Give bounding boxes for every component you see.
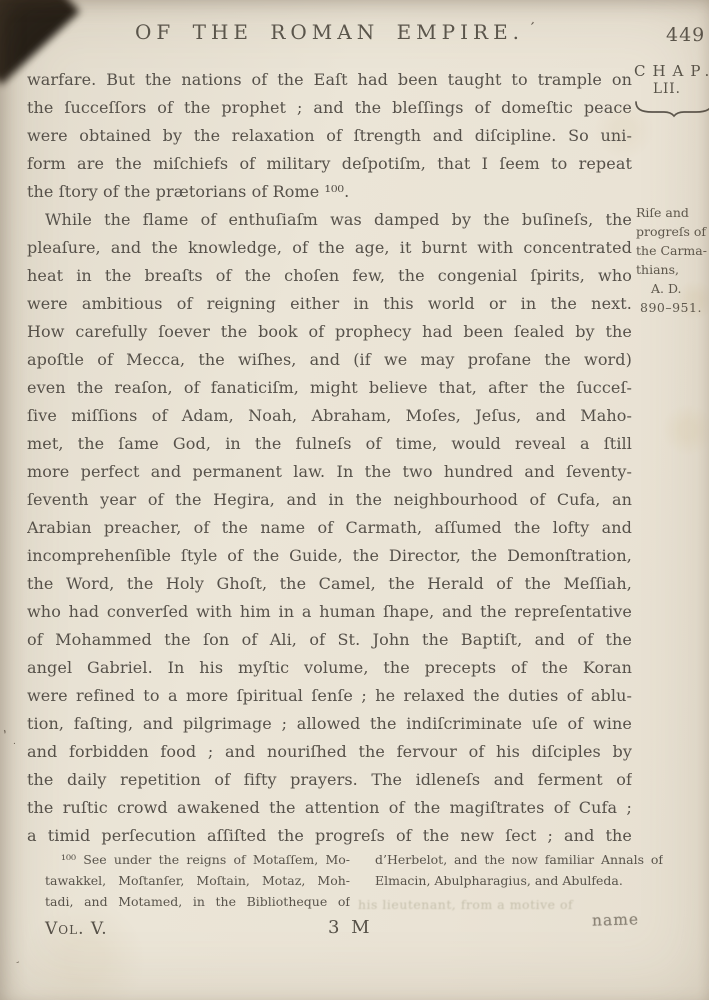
footnote-left-column: ¹⁰⁰ See under the reigns of Motaſſem, Mo…	[45, 849, 350, 912]
text-line: apoſtle of Mecca, the wiſhes, and (if we…	[27, 346, 632, 374]
text-line: ſeventh year of the Hegira, and in the n…	[27, 486, 632, 514]
text-line: d’Herbelot, and the now familiar Annals …	[375, 849, 663, 870]
text-line: A. D.	[636, 279, 709, 298]
text-line: pleaſure, and the knowledge, of the age,…	[27, 234, 632, 262]
text-line: were ambitious of reigning either in thi…	[27, 290, 632, 318]
text-line: warfare. But the nations of the Eaſt had…	[27, 66, 632, 94]
catchword: name	[592, 910, 640, 929]
running-title: OF THE ROMAN EMPIRE.	[27, 20, 632, 44]
text-line: How carefully ſoever the book of prophec…	[27, 318, 632, 346]
text-line: form are the miſchiefs of military deſpo…	[27, 150, 632, 178]
text-line: of Mohammed the ſon of Ali, of St. John …	[27, 626, 632, 654]
signature-mark: 3 M	[328, 917, 373, 938]
text-line: ſive miſſions of Adam, Noah, Abraham, Mo…	[27, 402, 632, 430]
text-line: who had converſed with him in a human ſh…	[27, 598, 632, 626]
text-line: tadi, and Motamed, in the Bibliotheque o…	[45, 891, 350, 912]
text-line: the Carma-	[636, 241, 709, 260]
text-line: the daily repetition of fifty prayers. T…	[27, 766, 632, 794]
text-line: 890–951.	[636, 298, 709, 317]
text-line: incomprehenſible ſtyle of the Guide, the…	[27, 542, 632, 570]
chapter-number: LII.	[634, 81, 709, 97]
ink-speck: ,	[15, 955, 25, 965]
chapter-brace-icon	[634, 101, 709, 117]
text-line: even the reaſon, of fanaticiſm, might be…	[27, 374, 632, 402]
text-line: thians,	[636, 260, 709, 279]
text-line: tawakkel, Moſtanſer, Moſtain, Motaz, Moh…	[45, 870, 350, 891]
body-text: warfare. But the nations of the Eaſt had…	[27, 66, 632, 850]
volume-label: Vol. V.	[45, 919, 108, 939]
book-page: OF THE ROMAN EMPIRE. 449 ’ warfare. But …	[0, 0, 709, 1000]
text-line: angel Gabriel. In his myſtic volume, the…	[27, 654, 632, 682]
footnote-right-column: d’Herbelot, and the now familiar Annals …	[375, 849, 663, 891]
text-line: were obtained by the relaxation of ſtren…	[27, 122, 632, 150]
text-line: the Word, the Holy Ghoſt, the Camel, the…	[27, 570, 632, 598]
text-line: progreſs of	[636, 222, 709, 241]
text-line: a timid perſecution aſſiſted the progreſ…	[27, 822, 632, 850]
text-line: more perfect and permanent law. In the t…	[27, 458, 632, 486]
text-line: Elmacin, Abulpharagius, and Abulfeda.	[375, 870, 663, 891]
chapter-label: CHAP.	[634, 62, 709, 80]
text-line: Arabian preacher, of the name of Carmath…	[27, 514, 632, 542]
text-line: ¹⁰⁰ See under the reigns of Motaſſem, Mo…	[45, 849, 350, 870]
text-line: the ruſtic crowd awakened the attention …	[27, 794, 632, 822]
text-line: the ſtory of the prætorians of Rome ¹⁰⁰.	[27, 178, 632, 206]
text-line: were refined to a more ſpiritual ſenſe ;…	[27, 682, 632, 710]
text-line: While the flame of enthuſiaſm was damped…	[27, 206, 632, 234]
chapter-heading: CHAP. LII.	[634, 62, 709, 121]
text-line: tion, faſting, and pilgrimage ; allowed …	[27, 710, 632, 738]
sidenote-carmathians: Riſe andprogreſs ofthe Carma-thians,A. D…	[636, 203, 709, 317]
page-number: 449	[666, 24, 705, 46]
text-line: Riſe and	[636, 203, 709, 222]
ink-speck: ’	[2, 728, 13, 743]
show-through-text: his lieutenant, from a motive of	[358, 897, 659, 912]
text-line: heat in the breaſts of the choſen few, t…	[27, 262, 632, 290]
text-line: met, the ſame God, in the fulneſs of tim…	[27, 430, 632, 458]
ink-speck: .	[13, 737, 16, 747]
text-line: and forbidden food ; and nouriſhed the f…	[27, 738, 632, 766]
text-line: the ſucceſſors of the prophet ; and the …	[27, 94, 632, 122]
